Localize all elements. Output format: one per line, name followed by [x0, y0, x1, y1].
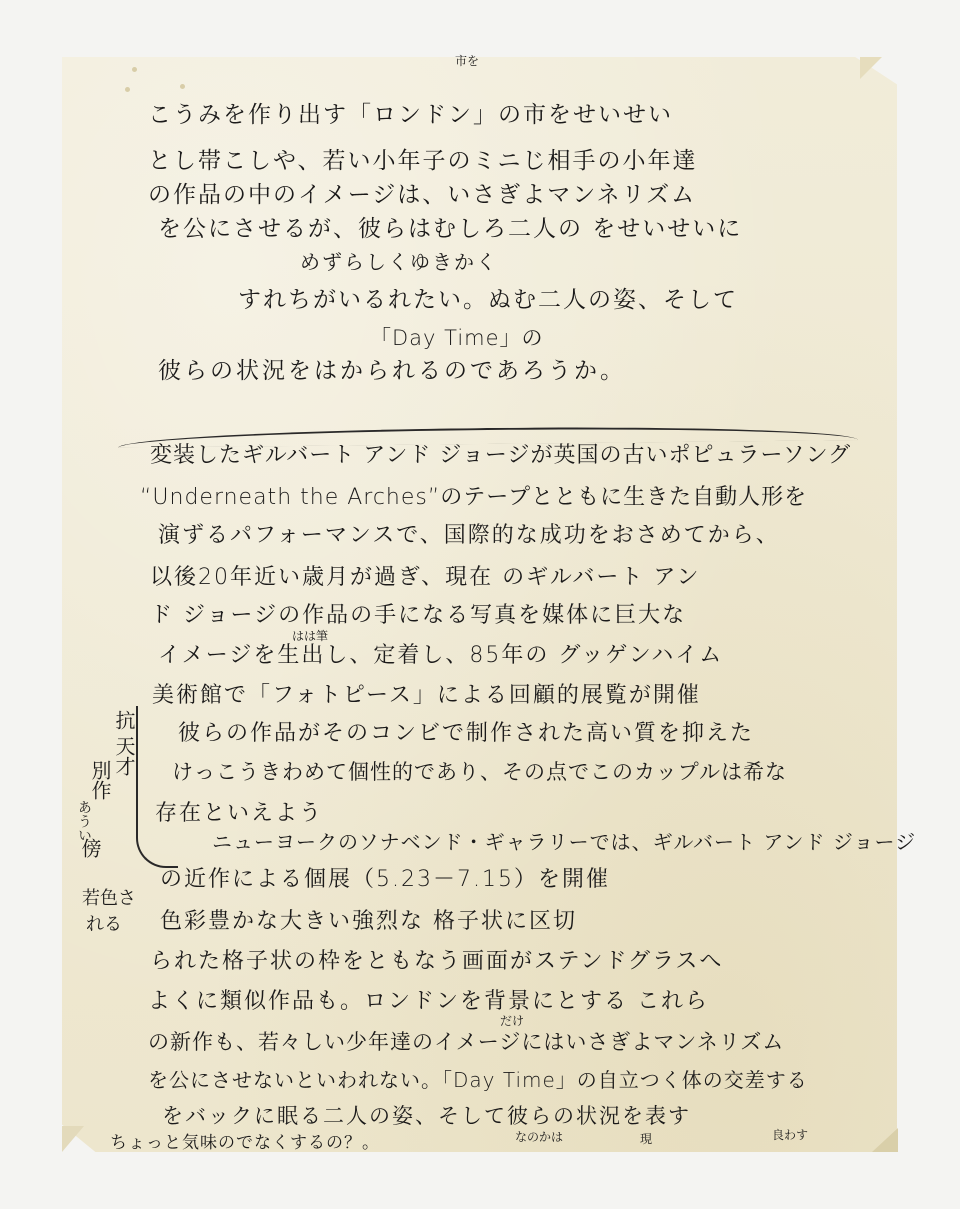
margin-bracket: [136, 706, 178, 868]
manuscript-line: ちょっと気味のでなくするの？。: [110, 1128, 380, 1153]
interline-note: なのかは: [515, 1128, 563, 1145]
manuscript-line: 以後20年近い歳月が過ぎ、現在 のギルバート アン: [150, 560, 700, 591]
manuscript-line: の近作による個展（5.23－7.15）を開催: [160, 862, 610, 893]
manuscript-line: 演ずるパフォーマンスで、国際的な成功をおさめてから、: [158, 518, 780, 549]
annotation: 市を: [455, 52, 479, 69]
manuscript-line: 美術館で「フォトピース」による回顧的展覧が開催: [152, 678, 701, 709]
margin-note: れる: [86, 910, 122, 936]
manuscript-line: の作品の中のイメージは、いさぎよマンネリズム: [148, 176, 696, 209]
manuscript-line: を公にさせないといわれない。「Day Time」の自立つく体の交差する: [148, 1064, 808, 1093]
margin-note: 天才: [112, 736, 136, 776]
manuscript-line: 色彩豊かな大きい強烈な 格子状に区切: [160, 904, 577, 935]
manuscript-line: の新作も、若々しい少年達のイメージにはいさぎよマンネリズム: [148, 1026, 784, 1056]
manuscript-line: すれちがいるれたい。ぬむ二人の姿、そして: [238, 281, 738, 314]
manuscript-line: をバックに眠る二人の姿、そして彼らの状況を表す: [162, 1100, 691, 1130]
manuscript-line: よくに類似作品も。ロンドンを背景にとする これら: [148, 984, 709, 1015]
margin-note: 傍: [78, 838, 102, 858]
manuscript-line: けっこうきわめて個性的であり、その点でこのカップルは希な: [172, 756, 787, 786]
manuscript-line: を公にさせるが、彼らはむしろ二人の をせいせいに: [158, 210, 742, 243]
paper-corner-fold: [860, 57, 882, 79]
interline-note: はは筆: [292, 627, 328, 644]
interline-note: 現: [640, 1130, 652, 1147]
paper-corner-fold: [872, 1128, 898, 1152]
manuscript-line: こうみを作り出す「ロンドン」の市をせいせい: [148, 96, 673, 129]
manuscript-line: とし帯こしや、若い小年子のミニじ相手の小年達: [148, 142, 698, 175]
manuscript-line: 彼らの状況をはかられるのであろうか。: [158, 352, 626, 385]
paper-hole: [180, 84, 185, 89]
manuscript-line: 彼らの作品がそのコンビで制作された高い質を抑えた: [178, 716, 754, 747]
manuscript-line: ド ジョージの作品の手になる写真を媒体に巨大な: [150, 598, 686, 629]
manuscript-line: “Underneath the Arches”のテープとともに生きた自動人形を: [140, 480, 807, 511]
manuscript-line: られた格子状の枠をともなう画面がステンドグラスへ: [150, 944, 723, 975]
paper-hole: [132, 67, 137, 72]
paper-hole: [125, 87, 130, 92]
margin-note: 抗: [112, 710, 136, 730]
interline-note: 良わす: [772, 1126, 808, 1143]
manuscript-line: 変装したギルバート アンド ジョージが英国の古いポピュラーソング: [150, 438, 851, 469]
manuscript-line: 「Day Time」の: [370, 322, 544, 352]
manuscript-line: イメージを生出し、定着し、85年の グッゲンハイム: [158, 638, 723, 669]
manuscript-line: ニューヨークのソナベンド・ギャラリーでは、ギルバート アンド ジョージ: [212, 826, 916, 855]
paper-corner-fold: [62, 1126, 84, 1152]
margin-note: 若色さ: [82, 884, 136, 910]
manuscript-line: めずらしくゆきかく: [300, 246, 498, 275]
margin-note: あうい: [72, 800, 96, 842]
margin-note: 別作: [88, 760, 112, 800]
manuscript-line: 存在といえよう: [155, 796, 323, 827]
interline-note: だけ: [500, 1012, 524, 1029]
